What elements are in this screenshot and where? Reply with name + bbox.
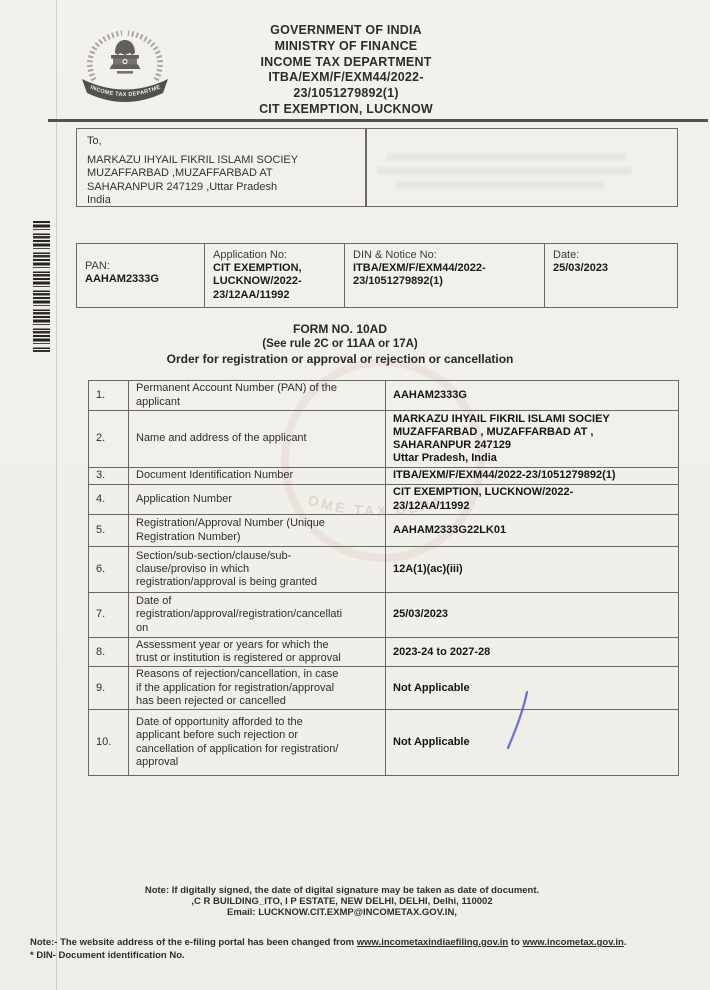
- recipient-address-line: MARKAZU IHYAIL FIKRIL ISLAMI SOCIEY: [87, 154, 298, 167]
- recipient-salutation: To,: [87, 135, 298, 148]
- address-box-divider: [365, 129, 367, 206]
- portal-change-note: Note:- The website address of the e-fili…: [30, 936, 690, 949]
- row-number-cell: 10.: [89, 710, 129, 776]
- row-number-cell: 1.: [89, 381, 129, 411]
- date-label: Date:: [553, 249, 669, 262]
- row-number-cell: 4.: [89, 485, 129, 515]
- pen-mark: [495, 682, 540, 762]
- income-tax-department-emblem-icon: INCOME TAX DEPARTMENT: [72, 26, 178, 108]
- table-row: 6. Section/sub-section/clause/sub- claus…: [89, 547, 679, 593]
- office-email-line: Email: LUCKNOW.CIT.EXMP@INCOMETAX.GOV.IN…: [62, 908, 622, 919]
- row-number-cell: 8.: [89, 638, 129, 667]
- letterhead-line: 23/1051279892(1): [201, 86, 491, 102]
- barcode: [33, 221, 50, 352]
- ink-bleed-artifact: [377, 167, 632, 175]
- row-label-cell: Reasons of rejection/cancellation, in ca…: [129, 667, 386, 710]
- bottom-notes-block: Note:- The website address of the e-fili…: [30, 936, 690, 962]
- date-cell: Date: 25/03/2023: [545, 244, 677, 307]
- ink-bleed-artifact: [387, 153, 627, 161]
- form-number: FORM NO. 10AD: [60, 322, 620, 337]
- din-notice-cell: DIN & Notice No: ITBA/EXM/F/EXM44/2022- …: [345, 244, 545, 307]
- row-value-cell: 25/03/2023: [386, 593, 679, 638]
- row-number-cell: 7.: [89, 593, 129, 638]
- document-meta-table: PAN: AAHAM2333G Application No: CIT EXEM…: [76, 243, 678, 308]
- row-value-cell: AAHAM2333G22LK01: [386, 515, 679, 547]
- letterhead-line: CIT EXEMPTION, LUCKNOW: [201, 102, 491, 118]
- letterhead-line: ITBA/EXM/F/EXM44/2022-: [201, 70, 491, 86]
- row-label-cell: Permanent Account Number (PAN) of the ap…: [129, 381, 386, 411]
- portal-note-suffix: .: [624, 937, 627, 948]
- row-label-cell: Date of registration/approval/registrati…: [129, 593, 386, 638]
- row-label-cell: Document Identification Number: [129, 468, 386, 485]
- row-value-cell: ITBA/EXM/F/EXM44/2022-23/1051279892(1): [386, 468, 679, 485]
- new-portal-url: www.incometax.gov.in: [523, 937, 624, 948]
- pan-label: PAN:: [85, 260, 196, 273]
- letterhead-line: GOVERNMENT OF INDIA: [201, 23, 491, 39]
- row-label-cell: Section/sub-section/clause/sub- clause/p…: [129, 547, 386, 593]
- row-value-cell: AAHAM2333G: [386, 381, 679, 411]
- portal-note-middle: to: [508, 937, 522, 948]
- table-row: 5. Registration/Approval Number (Unique …: [89, 515, 679, 547]
- table-row: 7. Date of registration/approval/registr…: [89, 593, 679, 638]
- pan-value: AAHAM2333G: [85, 273, 196, 286]
- footer-note-block: Note: If digitally signed, the date of d…: [62, 886, 622, 918]
- row-number-cell: 5.: [89, 515, 129, 547]
- letterhead-line: MINISTRY OF FINANCE: [201, 39, 491, 55]
- row-label-cell: Date of opportunity afforded to the appl…: [129, 710, 386, 776]
- row-label-cell: Name and address of the applicant: [129, 411, 386, 468]
- row-number-cell: 2.: [89, 411, 129, 468]
- table-row: 2. Name and address of the applicant MAR…: [89, 411, 679, 468]
- order-details-table: 1. Permanent Account Number (PAN) of the…: [88, 380, 679, 776]
- office-address-line: ,C R BUILDING_ITO, I P ESTATE, NEW DELHI…: [62, 897, 622, 908]
- row-value-cell: MARKAZU IHYAIL FIKRIL ISLAMI SOCIEY MUZA…: [386, 411, 679, 468]
- application-no-cell: Application No: CIT EXEMPTION, LUCKNOW/2…: [205, 244, 345, 307]
- old-portal-url: www.incometaxindiaefiling.gov.in: [357, 937, 509, 948]
- row-number-cell: 6.: [89, 547, 129, 593]
- letterhead-line: INCOME TAX DEPARTMENT: [201, 55, 491, 71]
- date-value: 25/03/2023: [553, 262, 669, 275]
- recipient-address-line: SAHARANPUR 247129 ,Uttar Pradesh: [87, 181, 298, 194]
- table-row: 3. Document Identification Number ITBA/E…: [89, 468, 679, 485]
- scan-edge-line: [56, 0, 57, 990]
- table-row: 8. Assessment year or years for which th…: [89, 638, 679, 667]
- application-no-label: Application No:: [213, 249, 336, 262]
- recipient-address-line: India: [87, 194, 298, 207]
- header-divider-rule: [48, 119, 708, 122]
- scanned-document-page: INCOME TAX DEPARTMENT GOVERNMENT OF INDI…: [0, 0, 710, 990]
- row-value-cell: 2023-24 to 2027-28: [386, 638, 679, 667]
- table-row: 4. Application Number CIT EXEMPTION, LUC…: [89, 485, 679, 515]
- din-notice-label: DIN & Notice No:: [353, 249, 536, 262]
- pan-cell: PAN: AAHAM2333G: [77, 244, 205, 307]
- row-label-cell: Application Number: [129, 485, 386, 515]
- form-title-block: FORM NO. 10AD (See rule 2C or 11AA or 17…: [60, 322, 620, 367]
- recipient-address-box: To, MARKAZU IHYAIL FIKRIL ISLAMI SOCIEY …: [76, 128, 678, 207]
- portal-note-prefix: Note:- The website address of the e-fili…: [30, 937, 357, 948]
- row-number-cell: 9.: [89, 667, 129, 710]
- row-number-cell: 3.: [89, 468, 129, 485]
- letterhead: GOVERNMENT OF INDIA MINISTRY OF FINANCE …: [201, 23, 491, 118]
- row-value-cell: CIT EXEMPTION, LUCKNOW/2022- 23/12AA/119…: [386, 485, 679, 515]
- form-rule-reference: (See rule 2C or 11AA or 17A): [60, 337, 620, 352]
- din-definition-note: * DIN- Document identification No.: [30, 949, 690, 962]
- table-row: 1. Permanent Account Number (PAN) of the…: [89, 381, 679, 411]
- table-row: 10. Date of opportunity afforded to the …: [89, 710, 679, 776]
- din-notice-value: ITBA/EXM/F/EXM44/2022- 23/1051279892(1): [353, 262, 536, 288]
- row-label-cell: Assessment year or years for which the t…: [129, 638, 386, 667]
- table-row: 9. Reasons of rejection/cancellation, in…: [89, 667, 679, 710]
- ink-bleed-artifact: [395, 181, 605, 189]
- form-order-heading: Order for registration or approval or re…: [60, 352, 620, 367]
- row-label-cell: Registration/Approval Number (Unique Reg…: [129, 515, 386, 547]
- application-no-value: CIT EXEMPTION, LUCKNOW/2022- 23/12AA/119…: [213, 262, 336, 302]
- recipient-address-line: MUZAFFARBAD ,MUZAFFARBAD AT: [87, 167, 298, 180]
- row-value-cell: 12A(1)(ac)(iii): [386, 547, 679, 593]
